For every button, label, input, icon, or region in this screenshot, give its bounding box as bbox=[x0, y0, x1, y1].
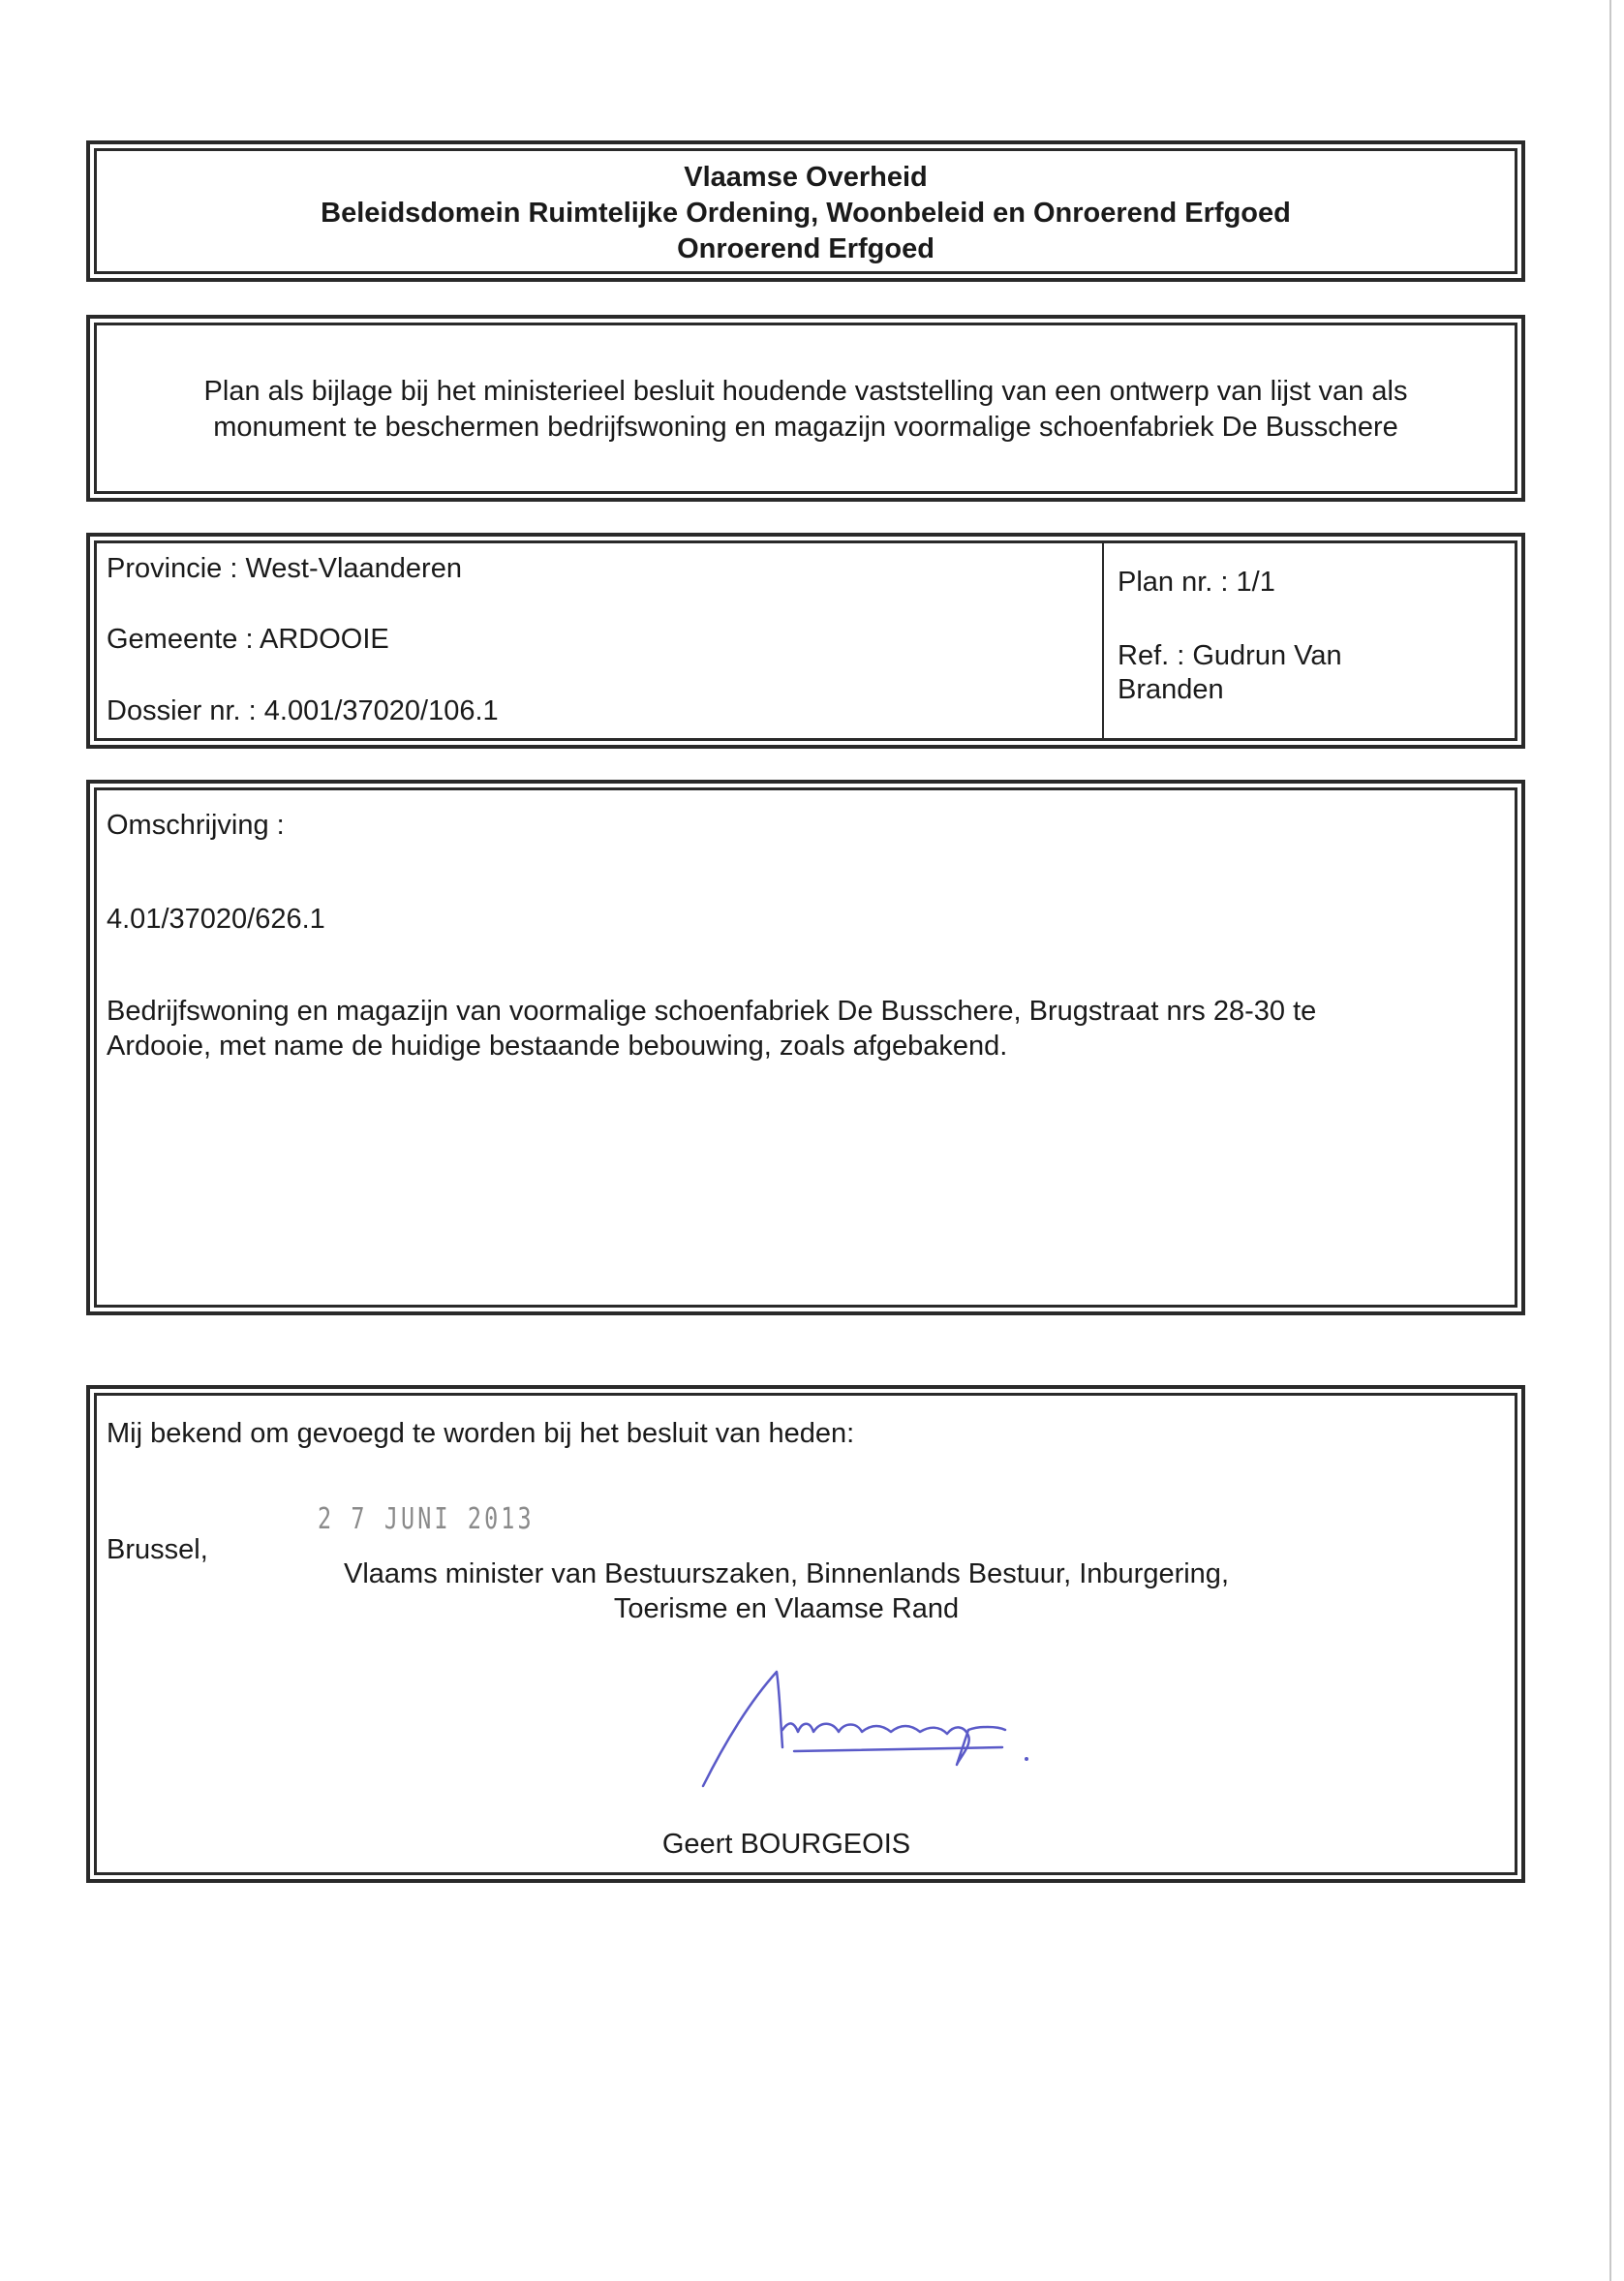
gemeente: Gemeente : ARDOOIE bbox=[107, 622, 389, 657]
role-line-1: Vlaams minister van Bestuurszaken, Binne… bbox=[97, 1557, 1515, 1591]
date-stamp: 2 7 JUNI 2013 bbox=[318, 1502, 535, 1536]
header-line-3: Onroerend Erfgoed bbox=[97, 231, 1515, 267]
signature-box: Mij bekend om gevoegd te worden bij het … bbox=[86, 1385, 1525, 1883]
plan-number: Plan nr. : 1/1 bbox=[1118, 565, 1275, 600]
header-line-2: Beleidsdomein Ruimtelijke Ordening, Woon… bbox=[97, 196, 1515, 231]
title-line-1: Plan als bijlage bij het ministerieel be… bbox=[97, 374, 1515, 410]
description-text-line-1: Bedrijfswoning en magazijn van voormalig… bbox=[107, 994, 1316, 1029]
provincie: Provincie : West-Vlaanderen bbox=[107, 551, 462, 586]
description-code: 4.01/37020/626.1 bbox=[107, 902, 325, 937]
role-line-2: Toerisme en Vlaamse Rand bbox=[97, 1591, 1515, 1626]
meta-box: Provincie : West-Vlaanderen Gemeente : A… bbox=[86, 533, 1525, 749]
signature-scribble bbox=[697, 1662, 1220, 1798]
description-label: Omschrijving : bbox=[107, 808, 285, 843]
reference-line-2: Branden bbox=[1118, 672, 1224, 707]
title-box: Plan als bijlage bij het ministerieel be… bbox=[86, 315, 1525, 502]
meta-right-column: Plan nr. : 1/1 Ref. : Gudrun Van Branden bbox=[1104, 543, 1515, 738]
signatory-name: Geert BOURGEOIS bbox=[97, 1827, 1515, 1862]
signature-intro: Mij bekend om gevoegd te worden bij het … bbox=[107, 1416, 854, 1451]
reference-line-1: Ref. : Gudrun Van bbox=[1118, 638, 1342, 673]
meta-left-column: Provincie : West-Vlaanderen Gemeente : A… bbox=[97, 543, 1104, 738]
page-edge bbox=[1609, 0, 1611, 2281]
description-box: Omschrijving : 4.01/37020/626.1 Bedrijfs… bbox=[86, 780, 1525, 1315]
dossier-number: Dossier nr. : 4.001/37020/106.1 bbox=[107, 694, 499, 728]
description-text-line-2: Ardooie, met name de huidige bestaande b… bbox=[107, 1029, 1007, 1063]
title-line-2: monument te beschermen bedrijfswoning en… bbox=[97, 410, 1515, 446]
header-line-1: Vlaamse Overheid bbox=[97, 160, 1515, 196]
header-box: Vlaamse Overheid Beleidsdomein Ruimtelij… bbox=[86, 140, 1525, 282]
